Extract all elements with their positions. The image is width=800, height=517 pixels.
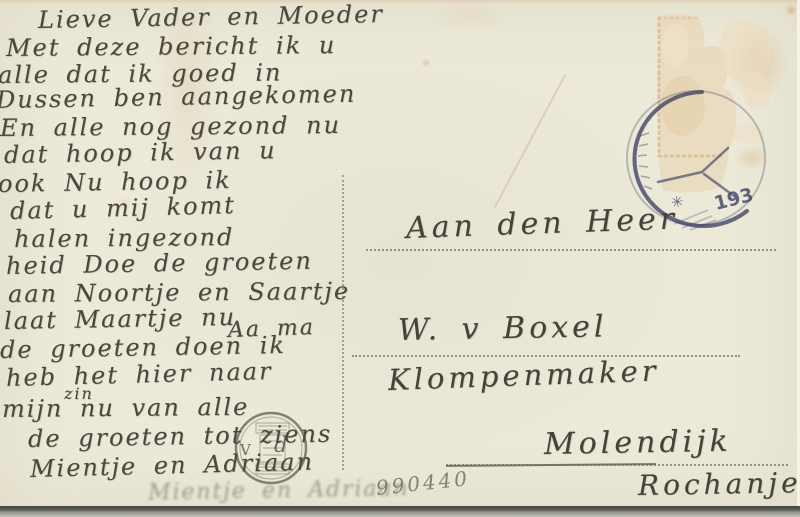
message-line: de groeten tot ziens [28,422,333,451]
message-line: halen ingezond [14,225,235,251]
message-line: heid Doe de groeten [6,249,313,278]
postmark-inner-marks [658,148,734,196]
message-line: aan Noortje en Saartje [8,279,350,306]
postcard-scan: { "message": { "lines": [ "Lieve Vader e… [0,0,800,517]
message-line: En alle nog gezond nu [0,113,341,140]
message-line: Met deze bericht ik u [6,33,336,60]
message-line: dat u mij komt [10,193,236,223]
address-name: W. v Boxel [398,312,608,346]
message-ghost-line: Mientje en Adriaan [148,476,410,503]
address-place: Rochanje [638,469,800,500]
message-line: laat Maartje nu [4,305,236,333]
message-line: mijn nu van alle [2,395,250,421]
residue-blotch-1 [719,19,771,83]
address-message-divider [342,175,344,470]
postmark-year: 193 [712,184,756,215]
scratch-mark [494,74,566,207]
message-line: Dussen ben aangekomen [0,82,356,112]
stamp-residue-light [661,24,689,68]
address-street: Molendijk [544,427,732,460]
message-line: heb het hier naar [6,359,273,390]
message-line: Lieve Vader en Moeder [38,2,384,32]
address-dotted-line-3 [446,464,788,466]
postcard-back: ✳ 193 V d Lieve Vader en Moeder Met deze… [0,0,797,506]
address-salutation: Aan den Heer [405,205,678,244]
scan-bottom-edge [0,506,800,517]
penciled-number: 990440 [375,466,471,500]
address-occupation: Klompenmaker [387,357,660,395]
message-line: dat hoop ik van u [4,138,277,167]
address-dotted-line-1 [366,249,776,251]
